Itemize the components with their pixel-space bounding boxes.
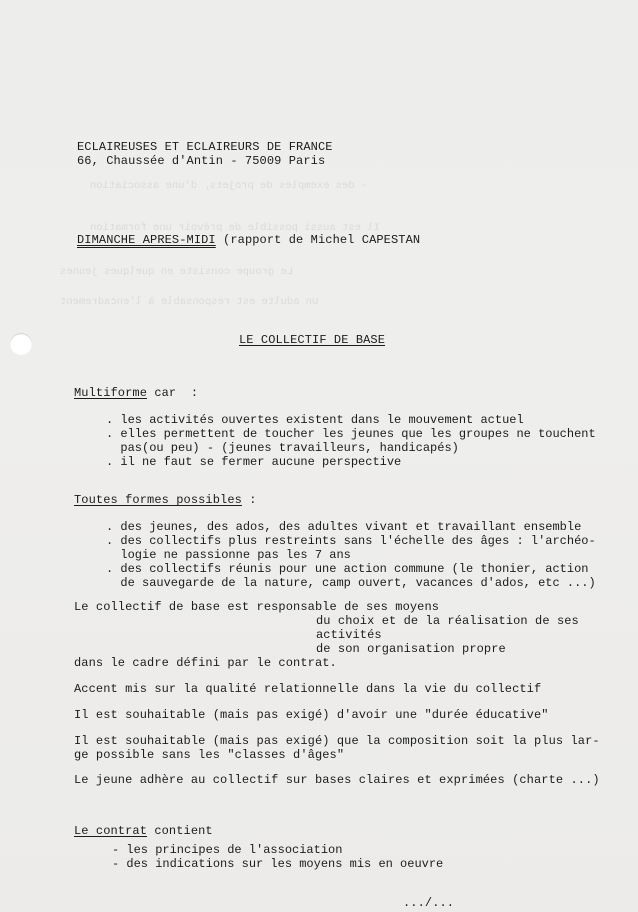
list-item: . des collectifs réunis pour une action … <box>106 562 588 576</box>
paragraph: Le jeune adhère au collectif sur bases c… <box>74 773 600 787</box>
paragraph: Accent mis sur la qualité relationnelle … <box>74 682 541 696</box>
session-subtitle: (rapport de Michel CAPESTAN <box>223 233 420 247</box>
org-address: 66, Chaussée d'Antin - 75009 Paris <box>77 154 325 168</box>
bleed-through-text: - des exemples de projets, d'une associa… <box>90 180 367 192</box>
list-item: - des indications sur les moyens mis en … <box>112 857 443 871</box>
multiforme-heading: Multiforme car : <box>74 386 198 400</box>
responsable-item: activités <box>316 628 382 642</box>
page-continuation: .../... <box>403 896 454 910</box>
list-item: de sauvegarde de la nature, camp ouvert,… <box>106 576 596 590</box>
responsable-item: du choix et de la réalisation de ses <box>316 614 579 628</box>
paragraph: Il est souhaitable (mais pas exigé) que … <box>74 734 600 748</box>
session-title: DIMANCHE APRES-MIDI <box>77 233 216 247</box>
paragraph: ge possible sans les "classes d'âges" <box>74 748 344 762</box>
list-item: . des collectifs plus restreints sans l'… <box>106 534 596 548</box>
responsable-lead: Le collectif de base est responsable de … <box>74 600 439 614</box>
paragraph: Il est souhaitable (mais pas exigé) d'av… <box>74 708 549 722</box>
responsable-tail: dans le cadre défini par le contrat. <box>74 656 337 670</box>
list-item: logie ne passionne pas les 7 ans <box>106 548 351 562</box>
session-heading: DIMANCHE APRES-MIDI (rapport de Michel C… <box>77 233 420 247</box>
punch-hole <box>10 333 32 355</box>
list-item: pas(ou peu) - (jeunes travailleurs, hand… <box>106 441 459 455</box>
list-item: . des jeunes, des ados, des adultes viva… <box>106 520 581 534</box>
responsable-item: de son organisation propre <box>316 642 506 656</box>
list-item: . il ne faut se fermer aucune perspectiv… <box>106 455 401 469</box>
contrat-heading: Le contrat contient <box>74 824 213 838</box>
section-title: LE COLLECTIF DE BASE <box>239 333 385 347</box>
bleed-through-text: Le groupe consiste en quelques jeunes <box>60 266 293 278</box>
org-name: ECLAIREUSES ET ECLAIREURS DE FRANCE <box>77 140 333 154</box>
list-item: . elles permettent de toucher les jeunes… <box>106 427 596 441</box>
bleed-through-text: Un adulte est responsable à l'encadremen… <box>60 296 318 308</box>
list-item: . les activités ouvertes existent dans l… <box>106 413 524 427</box>
list-item: - les principes de l'association <box>112 843 342 857</box>
formes-heading: Toutes formes possibles : <box>74 493 257 507</box>
